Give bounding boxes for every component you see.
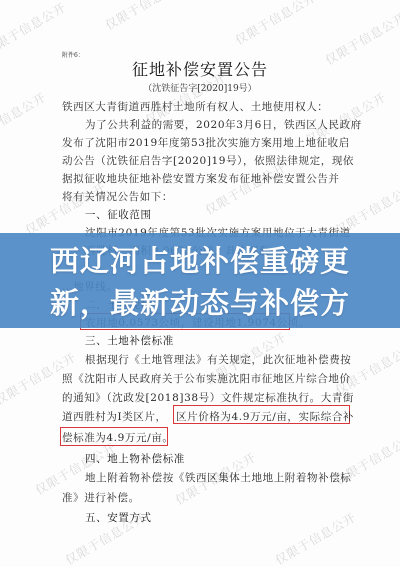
document-title: 征地补偿安置公告: [0, 57, 400, 80]
intro-line: 为了公共利益的需要，2020年3月6日，铁西区人民政府: [85, 117, 362, 132]
intro-line: 发布了沈阳市2019年度第53批次实施方案用地上地征收启: [62, 135, 350, 150]
section-heading-attachments: 四、地上物补偿标准: [85, 451, 185, 466]
highlight-price-text: 偿标准为4.9万元/亩。: [62, 430, 173, 445]
section-heading-scope: 一、征收范围: [85, 207, 152, 222]
section-line: 的通知》（沈政发[2018]38号）文件规定标准执行。大青街: [62, 390, 354, 405]
section-line: 根据现行《土地管理法》有关规定，此次征地补偿费按: [85, 352, 351, 367]
section-line: 准》进行补偿。: [62, 490, 140, 505]
document-number: （沈铁征告字[2020]19号）: [0, 81, 400, 94]
section-line: 照《沈阳市人民政府关于公布实施沈阳市征地区片综合地价: [62, 371, 351, 386]
addressee: 铁西区大青街道西胜村土地所有权人、土地使用权人：: [62, 99, 328, 114]
intro-line: 据拟征收地块征地补偿安置方案发布征地补偿安置公告并: [62, 171, 340, 186]
section-heading-resettlement: 五、安置方式: [85, 510, 152, 525]
document-page: 仅限于信息公开 仅限于信息公开 仅限于信息公开 仅限于信息公开 仅限于信息公开 …: [0, 0, 400, 567]
highlight-price-text: 区片价格为4.9万元/亩，实际综合补: [176, 409, 354, 424]
watermark-text: 仅限于信息公开: [102, 0, 189, 34]
section-heading-compensation: 三、土地补偿标准: [85, 333, 174, 348]
watermark-text: 仅限于信息公开: [0, 0, 69, 59]
watermark-text: 仅限于信息公开: [232, 0, 319, 49]
watermark-text: 仅限于信息公开: [272, 508, 359, 567]
section-line: 道西胜村为Ⅰ类区片，: [62, 409, 167, 424]
intro-line: 动公告（沈铁征启告字[2020]19号），依照法律规定，现依: [62, 153, 354, 168]
intro-line: 将有关情况公告如下：: [62, 189, 173, 204]
watermark-text: 仅限于信息公开: [0, 88, 49, 148]
headline-text: 西辽河占地补偿重磅更新，最新动态与补偿方: [0, 240, 400, 324]
section-line: 地上附着物补偿按《铁西区集体土地地上附着物补偿标: [85, 470, 351, 485]
